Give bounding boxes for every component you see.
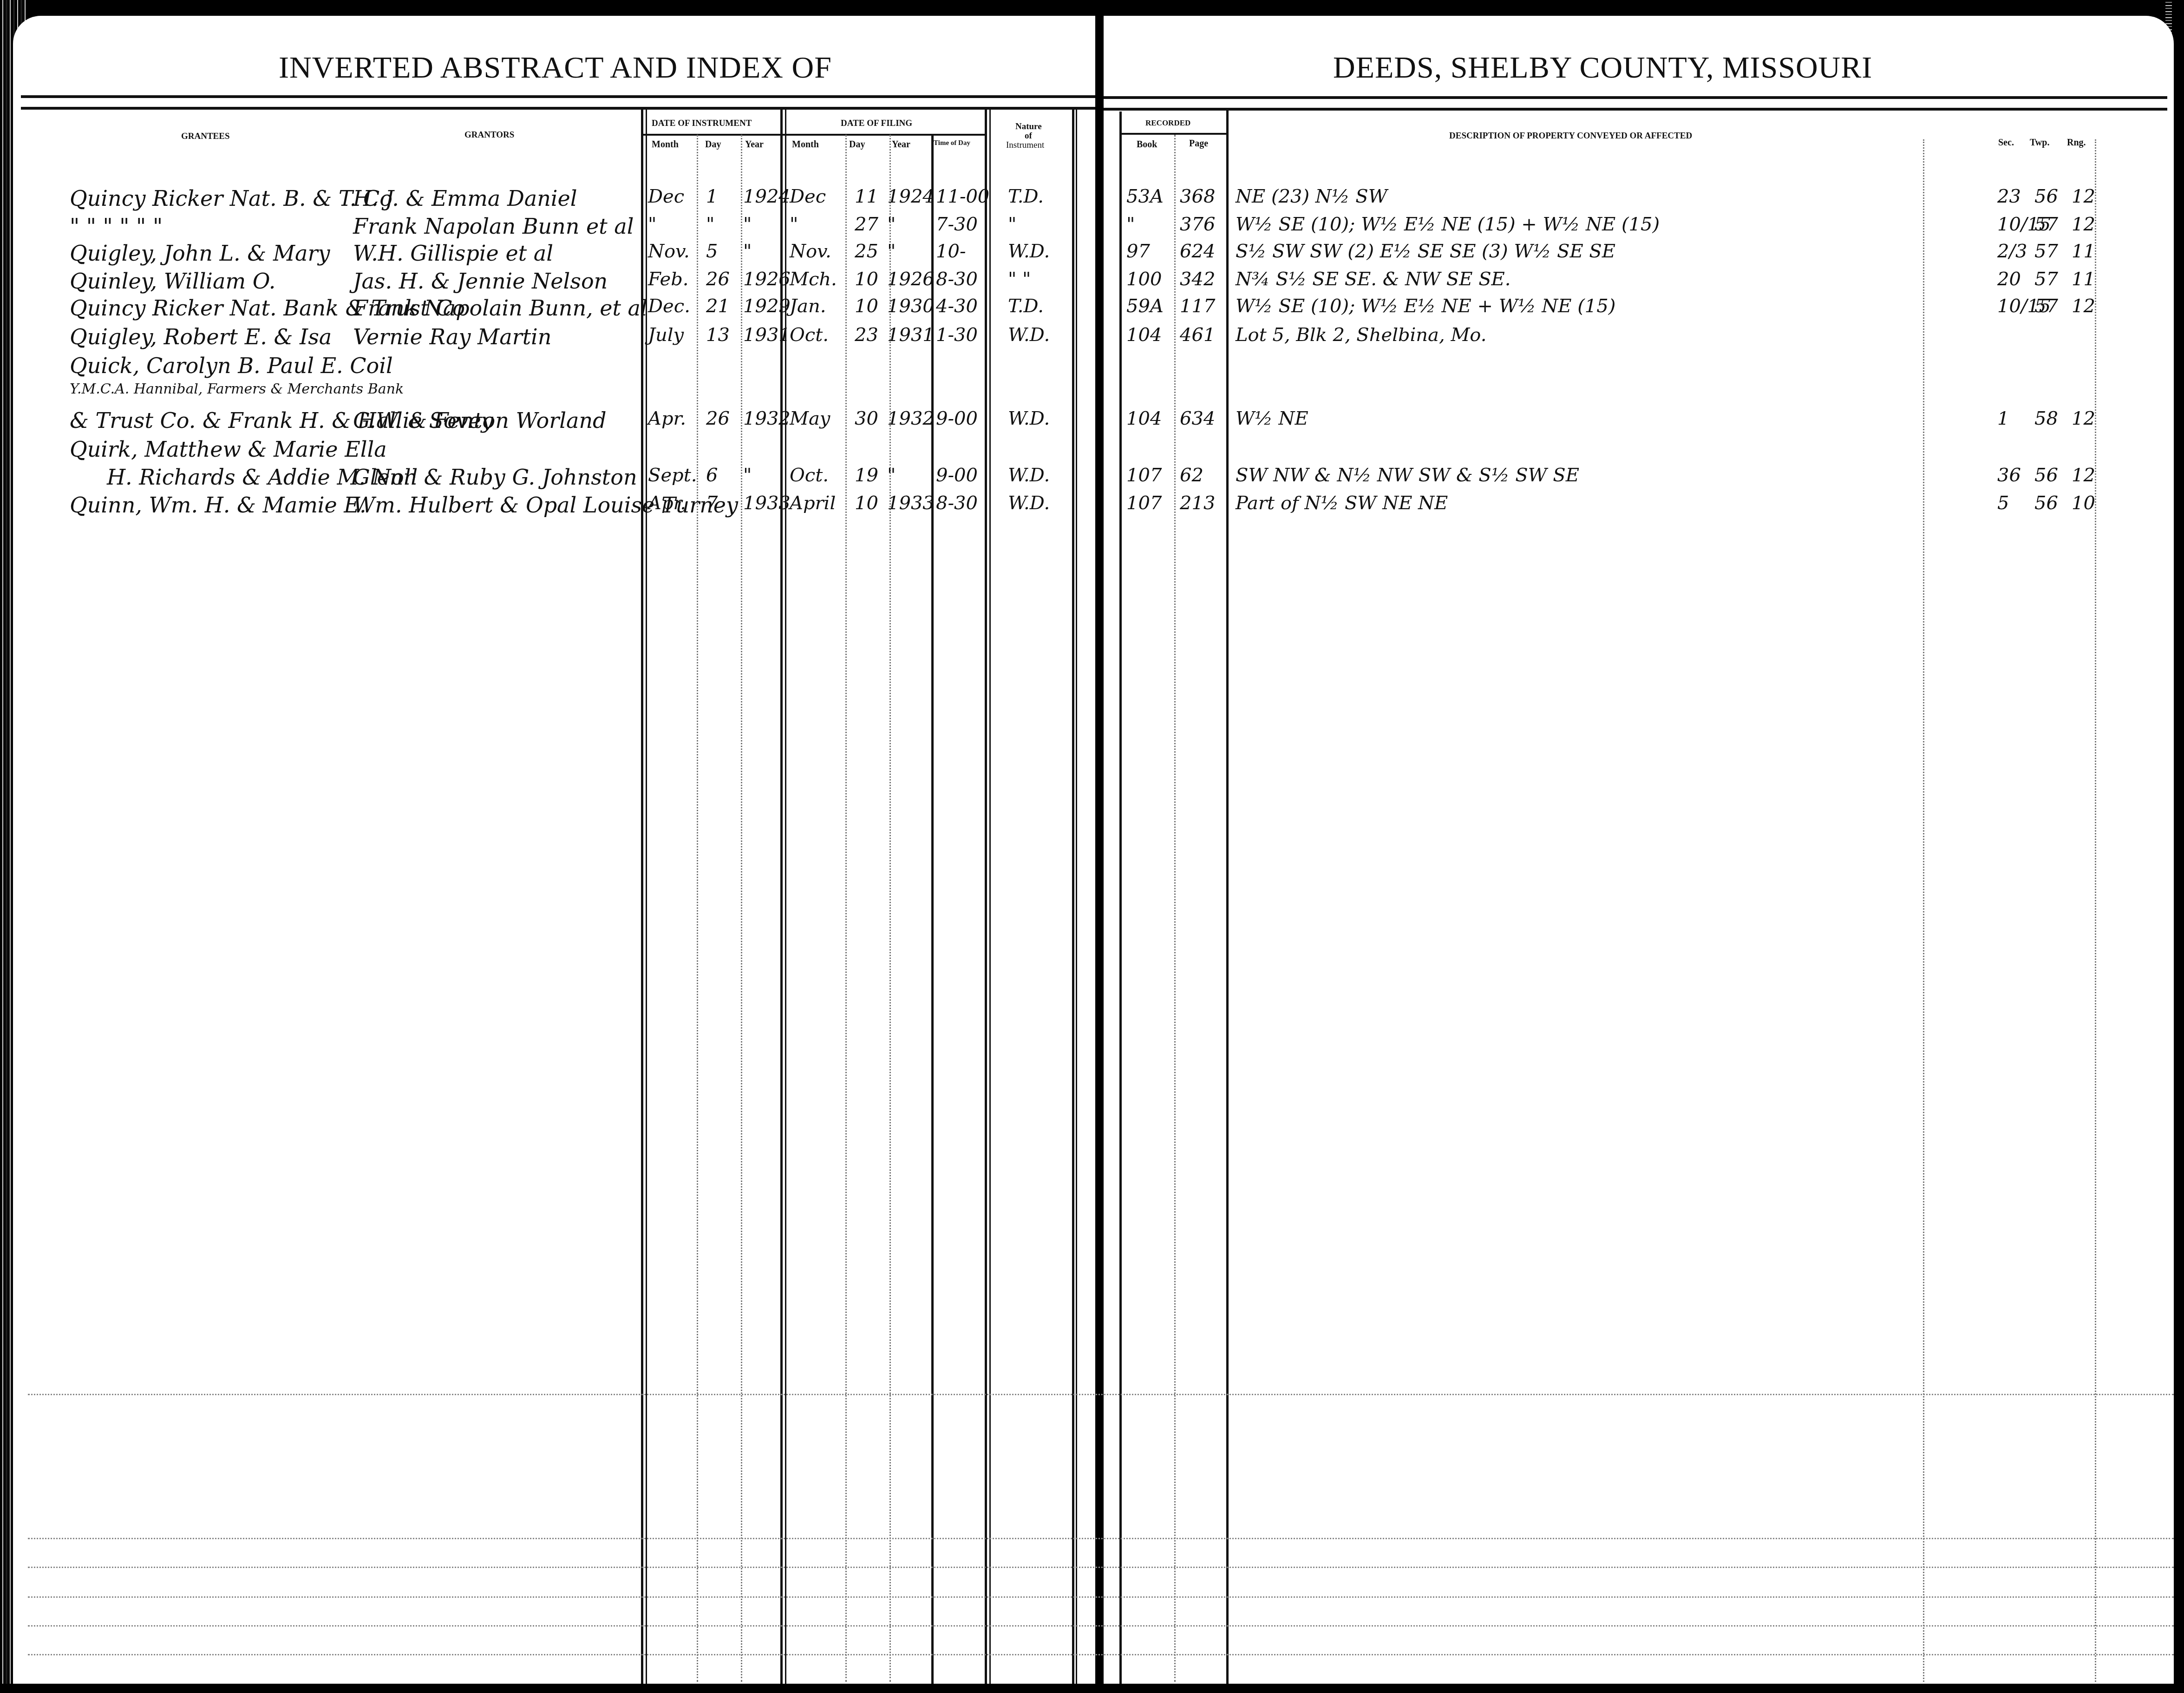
entry-grantee: Quick, Carolyn B. Paul E. Coil xyxy=(70,353,393,378)
entry-rng: 12 xyxy=(2072,186,2095,207)
entry-sec: 5 xyxy=(1997,492,2009,514)
entry-description: Lot 5, Blk 2, Shelbina, Mo. xyxy=(1236,324,1486,346)
scan-bottom-edge xyxy=(0,1684,2184,1693)
entry-grantor: Vernie Ray Martin xyxy=(353,324,551,349)
entry-grantee: Quincy Ricker Nat. B. & T. Co xyxy=(70,186,392,211)
header-fil-year: Year xyxy=(892,139,910,150)
entry-fil-day: 23 xyxy=(855,324,878,346)
col-rule-filing-end-2 xyxy=(989,110,991,1684)
book-gutter xyxy=(1095,0,1104,1693)
entry-rng: 10 xyxy=(2072,492,2095,514)
entry-nature: W.D. xyxy=(1008,241,1050,262)
entry-page: 342 xyxy=(1180,269,1215,290)
entry-sec: 36 xyxy=(1997,465,2021,486)
col-rule-nature-end-2 xyxy=(1076,110,1077,1684)
entry-nature: " " xyxy=(1008,269,1031,290)
entry-rng: 11 xyxy=(2072,241,2095,262)
entry-grantee: " " " " " " xyxy=(70,214,163,239)
entry-rng: 11 xyxy=(2072,269,2095,290)
entry-twp: 56 xyxy=(2034,492,2058,514)
entry-fil-month: Mch. xyxy=(790,269,837,290)
entry-description: N¾ S½ SE SE. & NW SE SE. xyxy=(1236,269,1511,290)
entry-grantee: Quirk, Matthew & Marie Ella xyxy=(70,437,387,462)
header-inst-month: Month xyxy=(652,139,679,150)
entry-inst-year: " xyxy=(743,214,752,235)
grid-line xyxy=(28,1596,2174,1598)
entry-inst-day: 13 xyxy=(706,324,730,346)
entry-twp: 58 xyxy=(2034,408,2058,429)
entry-description: W½ SE (10); W½ E½ NE (15) + W½ NE (15) xyxy=(1236,214,1660,235)
entry-grantee: Quigley, John L. & Mary xyxy=(70,241,330,266)
col-rule-filing-end xyxy=(985,110,987,1684)
header-recorded: RECORDED xyxy=(1145,118,1190,128)
entry-fil-day: 11 xyxy=(855,186,878,207)
entry-inst-year: 1932 xyxy=(743,408,791,429)
header-fil-month: Month xyxy=(792,139,819,150)
entry-grantor: Frank Napolain Bunn, et al xyxy=(353,295,647,321)
entry-twp: 56 xyxy=(2034,465,2058,486)
entry-grantor: Jas. H. & Jennie Nelson xyxy=(353,269,608,294)
entry-fil-year: 1931 xyxy=(887,324,935,346)
entry-description: W½ NE xyxy=(1236,408,1308,429)
entry-sec: 2/3 xyxy=(1997,241,2027,262)
header-book: Book xyxy=(1137,139,1157,150)
guide-inst-year xyxy=(741,135,742,1682)
entry-time: 10- xyxy=(936,241,966,262)
entry-book: 104 xyxy=(1126,408,1162,429)
entry-page: 213 xyxy=(1180,492,1215,514)
entry-description: NE (23) N½ SW xyxy=(1236,186,1387,207)
entry-fil-month: Oct. xyxy=(790,324,829,346)
entry-grantee: Quinn, Wm. H. & Mamie E. xyxy=(70,492,366,518)
entry-page: 117 xyxy=(1180,295,1215,317)
entry-inst-month: Dec xyxy=(648,186,684,207)
entry-nature: T.D. xyxy=(1008,295,1044,317)
header-description: DESCRIPTION OF PROPERTY CONVEYED OR AFFE… xyxy=(1449,131,1692,141)
entry-grantor: W.H. Gillispie et al xyxy=(353,241,553,266)
entry-description: SW NW & N½ NW SW & S½ SW SE xyxy=(1236,465,1579,486)
col-rule-grantors-end-2 xyxy=(646,110,647,1684)
recorded-subheader-rule xyxy=(1122,133,1228,135)
entry-inst-day: 5 xyxy=(706,241,718,262)
entry-inst-year: 1926 xyxy=(743,269,791,290)
grid-line xyxy=(28,1625,2174,1627)
entry-fil-day: 25 xyxy=(855,241,878,262)
entry-fil-day: 10 xyxy=(855,269,878,290)
entry-fil-month: Dec xyxy=(790,186,826,207)
entry-rng: 12 xyxy=(2072,408,2095,429)
col-rule-nature-end xyxy=(1072,110,1074,1684)
entry-nature: T.D. xyxy=(1008,186,1044,207)
entry-rng: 12 xyxy=(2072,465,2095,486)
entry-fil-year: " xyxy=(887,214,896,235)
guide-book-page xyxy=(1174,135,1176,1682)
entry-time: 9-00 xyxy=(936,408,978,429)
entry-inst-day: " xyxy=(706,214,714,235)
entry-time: 7-30 xyxy=(936,214,978,235)
col-rule-recorded-start xyxy=(1119,112,1122,1684)
entry-inst-year: " xyxy=(743,241,752,262)
entry-inst-day: 6 xyxy=(706,465,718,486)
entry-book: 53A xyxy=(1126,186,1164,207)
col-rule-recorded-end xyxy=(1226,110,1229,1684)
entry-sec: 1 xyxy=(1997,408,2009,429)
entry-page: 62 xyxy=(1180,465,1203,486)
entry-page: 368 xyxy=(1180,186,1215,207)
entry-grantor: Glenn & Ruby G. Johnston xyxy=(353,465,637,490)
entry-inst-day: 1 xyxy=(706,186,718,207)
entry-time: 4-30 xyxy=(936,295,978,317)
grid-line xyxy=(28,1567,2174,1568)
entry-book: 107 xyxy=(1126,492,1162,514)
header-sec: Sec. xyxy=(1998,138,2014,148)
guide-inst-day xyxy=(697,135,698,1682)
entry-book: " xyxy=(1126,214,1135,235)
header-grantees: GRANTEES xyxy=(181,131,230,142)
col-rule-time-start xyxy=(931,135,934,1684)
entry-fil-month: May xyxy=(790,408,830,429)
left-page-title: INVERTED ABSTRACT AND INDEX OF xyxy=(279,50,832,85)
entry-grantee: Quinley, William O. xyxy=(70,269,275,294)
entry-fil-year: 1933 xyxy=(887,492,935,514)
entry-fil-day: 10 xyxy=(855,295,878,317)
col-rule-inst-end-2 xyxy=(785,110,786,1684)
entry-nature: W.D. xyxy=(1008,492,1050,514)
date-subheader-rule xyxy=(643,134,987,136)
entry-twp: 57 xyxy=(2034,214,2058,235)
entry-nature: " xyxy=(1008,214,1016,235)
entry-grantor: G.W. & Fenton Worland xyxy=(353,408,607,433)
entry-fil-day: 30 xyxy=(855,408,878,429)
header-rule-top-left xyxy=(21,95,1095,98)
entry-inst-month: Nov. xyxy=(648,241,690,262)
entry-fil-year: 1932 xyxy=(887,408,935,429)
guide-sec xyxy=(1923,139,1924,1682)
entry-inst-month: Dec. xyxy=(648,295,690,317)
entry-inst-month: Apr. xyxy=(648,492,686,514)
entry-fil-year: " xyxy=(887,465,896,486)
entry-time: 9-00 xyxy=(936,465,978,486)
entry-time: 11-00 xyxy=(936,186,989,207)
header-grantors: GRANTORS xyxy=(464,130,514,140)
guide-fil-year xyxy=(889,135,891,1682)
entry-twp: 57 xyxy=(2034,269,2058,290)
header-rng: Rng. xyxy=(2067,138,2086,148)
entry-sec: 23 xyxy=(1997,186,2021,207)
header-inst-day: Day xyxy=(705,139,721,150)
entry-inst-year: " xyxy=(743,465,752,486)
entry-fil-month: Nov. xyxy=(790,241,831,262)
entry-book: 97 xyxy=(1126,241,1150,262)
entry-inst-month: July xyxy=(648,324,684,346)
entry-time: 8-30 xyxy=(936,269,978,290)
entry-fil-month: Jan. xyxy=(790,295,826,317)
header-rule-bottom-left xyxy=(21,107,1095,110)
entry-fil-month: " xyxy=(790,214,798,235)
header-fil-day: Day xyxy=(849,139,865,150)
entry-fil-day: 19 xyxy=(855,465,878,486)
guide-fil-day xyxy=(845,135,847,1682)
header-inst-year: Year xyxy=(745,139,764,150)
header-nature-1: Nature xyxy=(1015,122,1042,132)
entry-inst-month: Feb. xyxy=(648,269,689,290)
entry-rng: 12 xyxy=(2072,295,2095,317)
header-nature-2: of xyxy=(1025,131,1032,141)
header-rule-bottom-right xyxy=(1104,108,2167,111)
header-time-of-day: Time of Day xyxy=(934,139,970,147)
entry-fil-month: Oct. xyxy=(790,465,829,486)
entry-inst-month: " xyxy=(648,214,656,235)
entry-page: 376 xyxy=(1180,214,1215,235)
right-page-title: DEEDS, SHELBY COUNTY, MISSOURI xyxy=(1333,50,1872,85)
entry-fil-year: 1924 xyxy=(887,186,935,207)
header-nature-3: Instrument xyxy=(1006,140,1044,151)
entry-fil-year: 1930 xyxy=(887,295,935,317)
header-date-of-filing: DATE OF FILING xyxy=(841,118,912,129)
entry-twp: 56 xyxy=(2034,186,2058,207)
left-page xyxy=(13,16,1100,1693)
entry-nature: W.D. xyxy=(1008,465,1050,486)
guide-twp xyxy=(2095,139,2096,1682)
entry-description: Part of N½ SW NE NE xyxy=(1236,492,1448,514)
entry-page: 461 xyxy=(1180,324,1215,346)
entry-book: 107 xyxy=(1126,465,1162,486)
entry-page: 624 xyxy=(1180,241,1215,262)
entry-description: S½ SW SW (2) E½ SE SE (3) W½ SE SE xyxy=(1236,241,1615,262)
entry-rng: 12 xyxy=(2072,214,2095,235)
entry-inst-month: Sept. xyxy=(648,465,697,486)
entry-twp: 57 xyxy=(2034,295,2058,317)
entry-book: 104 xyxy=(1126,324,1162,346)
entry-inst-day: 7 xyxy=(706,492,718,514)
entry-grantor: Frank Napolan Bunn et al xyxy=(353,214,634,239)
header-rule-top-right xyxy=(1104,96,2167,99)
entry-inst-year: 1931 xyxy=(743,324,791,346)
header-page: Page xyxy=(1189,138,1208,149)
entry-fil-year: " xyxy=(887,241,896,262)
entry-book: 100 xyxy=(1126,269,1162,290)
entry-inst-year: 1929 xyxy=(743,295,791,317)
entry-grantee: Y.M.C.A. Hannibal, Farmers & Merchants B… xyxy=(70,381,404,397)
entry-inst-day: 26 xyxy=(706,408,730,429)
entry-inst-year: 1933 xyxy=(743,492,791,514)
entry-sec: 20 xyxy=(1997,269,2021,290)
entry-inst-month: Apr. xyxy=(648,408,686,429)
entry-inst-day: 21 xyxy=(706,295,730,317)
entry-time: 1-30 xyxy=(936,324,978,346)
entry-nature: W.D. xyxy=(1008,324,1050,346)
entry-time: 8-30 xyxy=(936,492,978,514)
entry-inst-year: 1924 xyxy=(743,186,791,207)
entry-fil-day: 10 xyxy=(855,492,878,514)
entry-book: 59A xyxy=(1126,295,1164,317)
entry-grantor: H. J. & Emma Daniel xyxy=(353,186,577,211)
entry-inst-day: 26 xyxy=(706,269,730,290)
entry-fil-day: 27 xyxy=(855,214,878,235)
entry-description: W½ SE (10); W½ E½ NE + W½ NE (15) xyxy=(1236,295,1615,317)
entry-fil-month: April xyxy=(790,492,836,514)
header-date-of-instrument: DATE OF INSTRUMENT xyxy=(652,118,752,129)
grid-line xyxy=(28,1538,2174,1539)
col-rule-inst-end xyxy=(780,110,783,1684)
right-page xyxy=(1104,16,2174,1693)
entry-nature: W.D. xyxy=(1008,408,1050,429)
entry-page: 634 xyxy=(1180,408,1215,429)
col-rule-grantors-end xyxy=(641,110,643,1684)
grid-line xyxy=(28,1654,2174,1655)
entry-twp: 57 xyxy=(2034,241,2058,262)
grid-line xyxy=(28,1394,2174,1395)
header-twp: Twp. xyxy=(2030,138,2049,148)
entry-fil-year: 1926 xyxy=(887,269,935,290)
entry-grantee: Quigley, Robert E. & Isa xyxy=(70,324,332,349)
